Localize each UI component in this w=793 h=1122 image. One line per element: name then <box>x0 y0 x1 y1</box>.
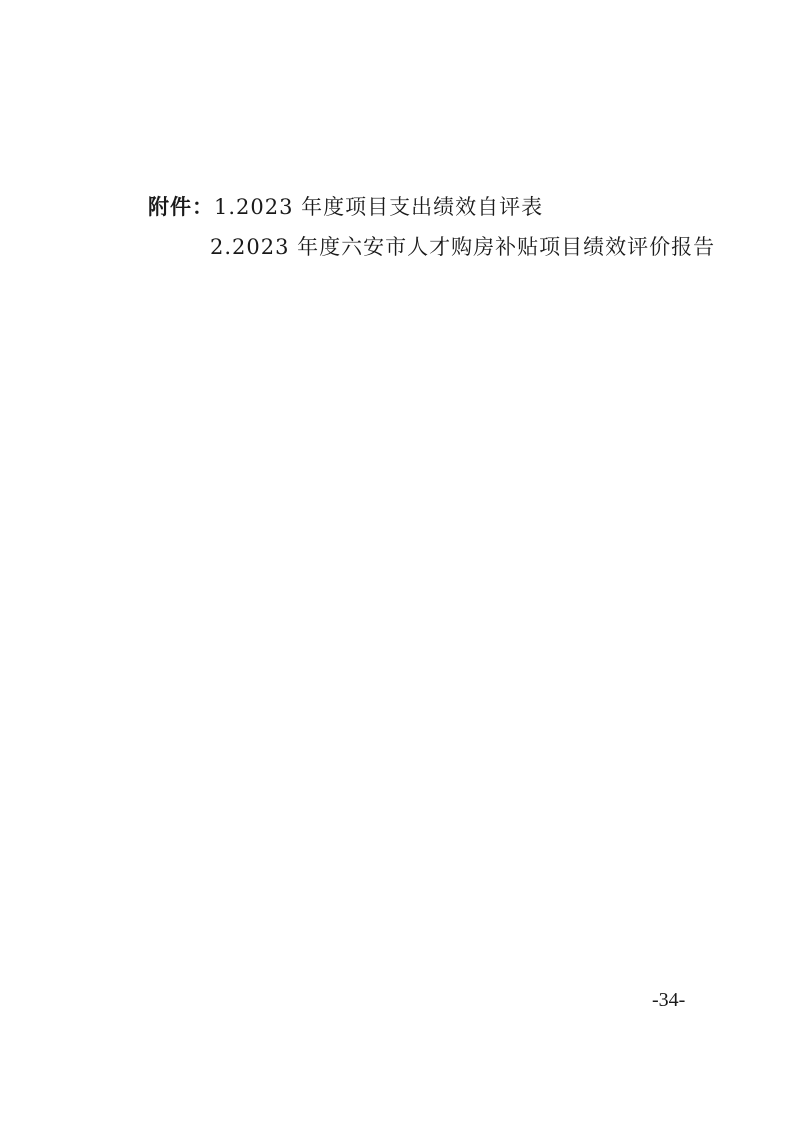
attachment-item-2: 2.2023 年度六安市人才购房补贴项目绩效评价报告 <box>210 233 715 261</box>
page-number: -34- <box>652 988 685 1012</box>
attachment-1-text: 1.2023 年度项目支出绩效自评表 <box>214 195 543 219</box>
attachment-2-text: 2.2023 年度六安市人才购房补贴项目绩效评价报告 <box>210 235 715 259</box>
attachments-label: 附件： <box>148 195 214 219</box>
attachment-item-1: 附件：1.2023 年度项目支出绩效自评表 <box>148 193 543 221</box>
document-page: 附件：1.2023 年度项目支出绩效自评表 2.2023 年度六安市人才购房补贴… <box>0 0 793 1122</box>
